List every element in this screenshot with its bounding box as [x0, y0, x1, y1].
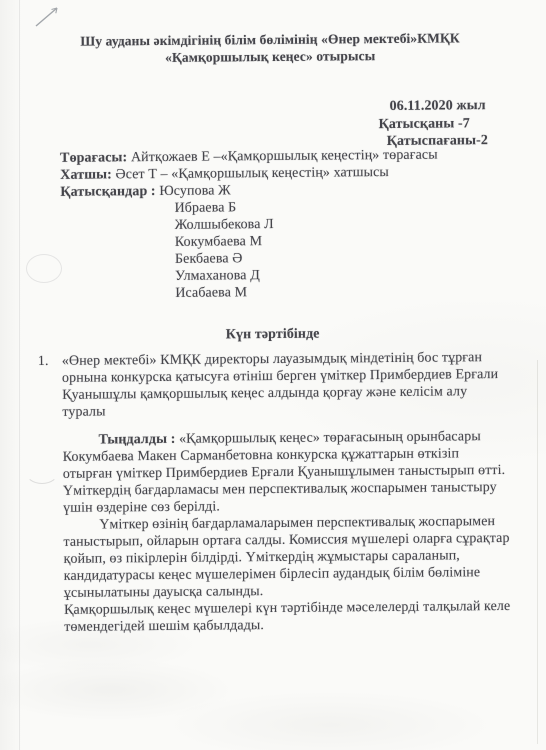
participants-block: Төрағасы: Айтқожаев Е –«Қамқоршылық кеңе…: [60, 147, 438, 201]
agenda-item-text: «Өнер мектебі» КМҚК директоры лауазымдық…: [62, 349, 519, 421]
attendee-name: Ибраева Б: [174, 199, 273, 217]
meta-block: 06.11.2020 жыл Қатысқаны -7 Қатыспағаны-…: [378, 97, 494, 151]
secretary-value: Әсет Т – «Қамқоршылық кеңестің» хатшысы: [115, 165, 389, 182]
agenda-heading: Күн тәртібінде: [0, 324, 546, 346]
minutes-body: Тыңдалды : «Қамқоршылық кеңес» төрағасын…: [62, 428, 536, 636]
attendees-label: Қатысқандар :: [60, 184, 155, 200]
agenda-item-number: 1.: [38, 353, 63, 421]
secretary-label: Хатшы:: [60, 167, 112, 182]
heard-paragraph: Тыңдалды : «Қамқоршылық кеңес» төрағасын…: [62, 428, 535, 517]
attendee-name: Юсупова Ж: [159, 183, 231, 199]
heard-label: Тыңдалды :: [98, 432, 175, 448]
meeting-date: 06.11.2020 жыл: [378, 97, 493, 116]
attendee-name: Бекбаева Ә: [175, 250, 274, 268]
agenda-item-1: 1. «Өнер мектебі» КМҚК директоры лауазым…: [38, 349, 519, 421]
attendee-list: Ибраева Б Жолшыбекова Л Кокумбаева М Бек…: [174, 199, 274, 302]
attendee-name: Жолшыбекова Л: [175, 216, 274, 234]
attendee-name: Исабаева М: [175, 284, 274, 302]
chairman-value: Айтқожаев Е –«Қамқоршылық кеңестің» төра…: [131, 148, 438, 166]
attendee-name: Улмаханова Д: [175, 267, 274, 285]
attendees-line: Қатысқандар : Юсупова Ж: [60, 181, 438, 201]
decision-paragraph: Қамқоршылық кеңес мүшелері күн тәртібінд…: [64, 598, 536, 636]
scanned-document-page: Шу ауданы әкімдігінің білім бөлімінің «Ө…: [0, 0, 546, 750]
discussion-paragraph: Үміткер өзінің бағдарламаларымен перспек…: [63, 513, 536, 602]
attended-count: Қатысқаны -7: [378, 115, 493, 134]
attendee-name: Кокумбаева М: [175, 233, 274, 251]
secretary-line: Хатшы: Әсет Т – «Қамқоршылық кеңестің» х…: [60, 164, 438, 184]
document-title: Шу ауданы әкімдігінің білім бөлімінің «Ө…: [0, 29, 543, 68]
chairman-label: Төрағасы:: [60, 150, 127, 166]
